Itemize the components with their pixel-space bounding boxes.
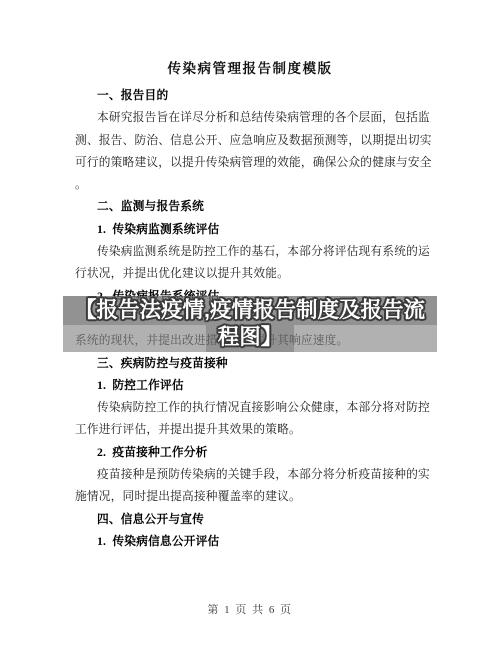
watermark-title-line2: 程图】 (63, 325, 437, 352)
watermark-banner: 【报告法疫情,疫情报告制度及报告流 程图】 (63, 296, 437, 352)
doc-line: 测、报告、防治、信息公开、应急响应及数据预测等，以期提出切实 (75, 130, 437, 152)
doc-subheading: 2. 疫苗接种工作分析 (75, 442, 437, 464)
page-number: 第 1 页 共 6 页 (0, 601, 500, 617)
doc-subheading: 1. 传染病信息公开评估 (75, 531, 437, 553)
doc-line: 传染病监测系统是防控工作的基石，本部分将评估现有系统的运 (75, 241, 437, 263)
doc-line: 疫苗接种是预防传染病的关键手段，本部分将分析疫苗接种的实 (75, 464, 437, 486)
doc-line: 传染病防控工作的执行情况直接影响公众健康，本部分将对防控 (75, 397, 437, 419)
doc-heading: 四、信息公开与宣传 (75, 509, 437, 531)
doc-subheading: 1. 防控工作评估 (75, 375, 437, 397)
doc-line: 施情况，同时提出提高接种覆盖率的建议。 (75, 486, 437, 508)
doc-heading: 一、报告目的 (75, 85, 437, 107)
doc-line: 行状况，并提出优化建议以提升其效能。 (75, 263, 437, 285)
doc-line: 可行的策略建议，以提升传染病管理的效能，确保公众的健康与安全 (75, 152, 437, 174)
doc-subheading: 1. 传染病监测系统评估 (75, 219, 437, 241)
watermark-title-line2-text: 程图】 (206, 325, 295, 352)
doc-heading: 三、疾病防控与疫苗接种 (75, 353, 437, 375)
watermark-title-line1: 【报告法疫情,疫情报告制度及报告流 (63, 296, 437, 325)
doc-line: 工作进行评估，并提出提升其效果的策略。 (75, 419, 437, 441)
doc-line: 本研究报告旨在详尽分析和总结传染病管理的各个层面，包括监 (75, 107, 437, 129)
page-title: 传染病管理报告制度模版 (0, 57, 500, 77)
doc-line: 。 (75, 174, 437, 196)
doc-heading: 二、监测与报告系统 (75, 196, 437, 218)
